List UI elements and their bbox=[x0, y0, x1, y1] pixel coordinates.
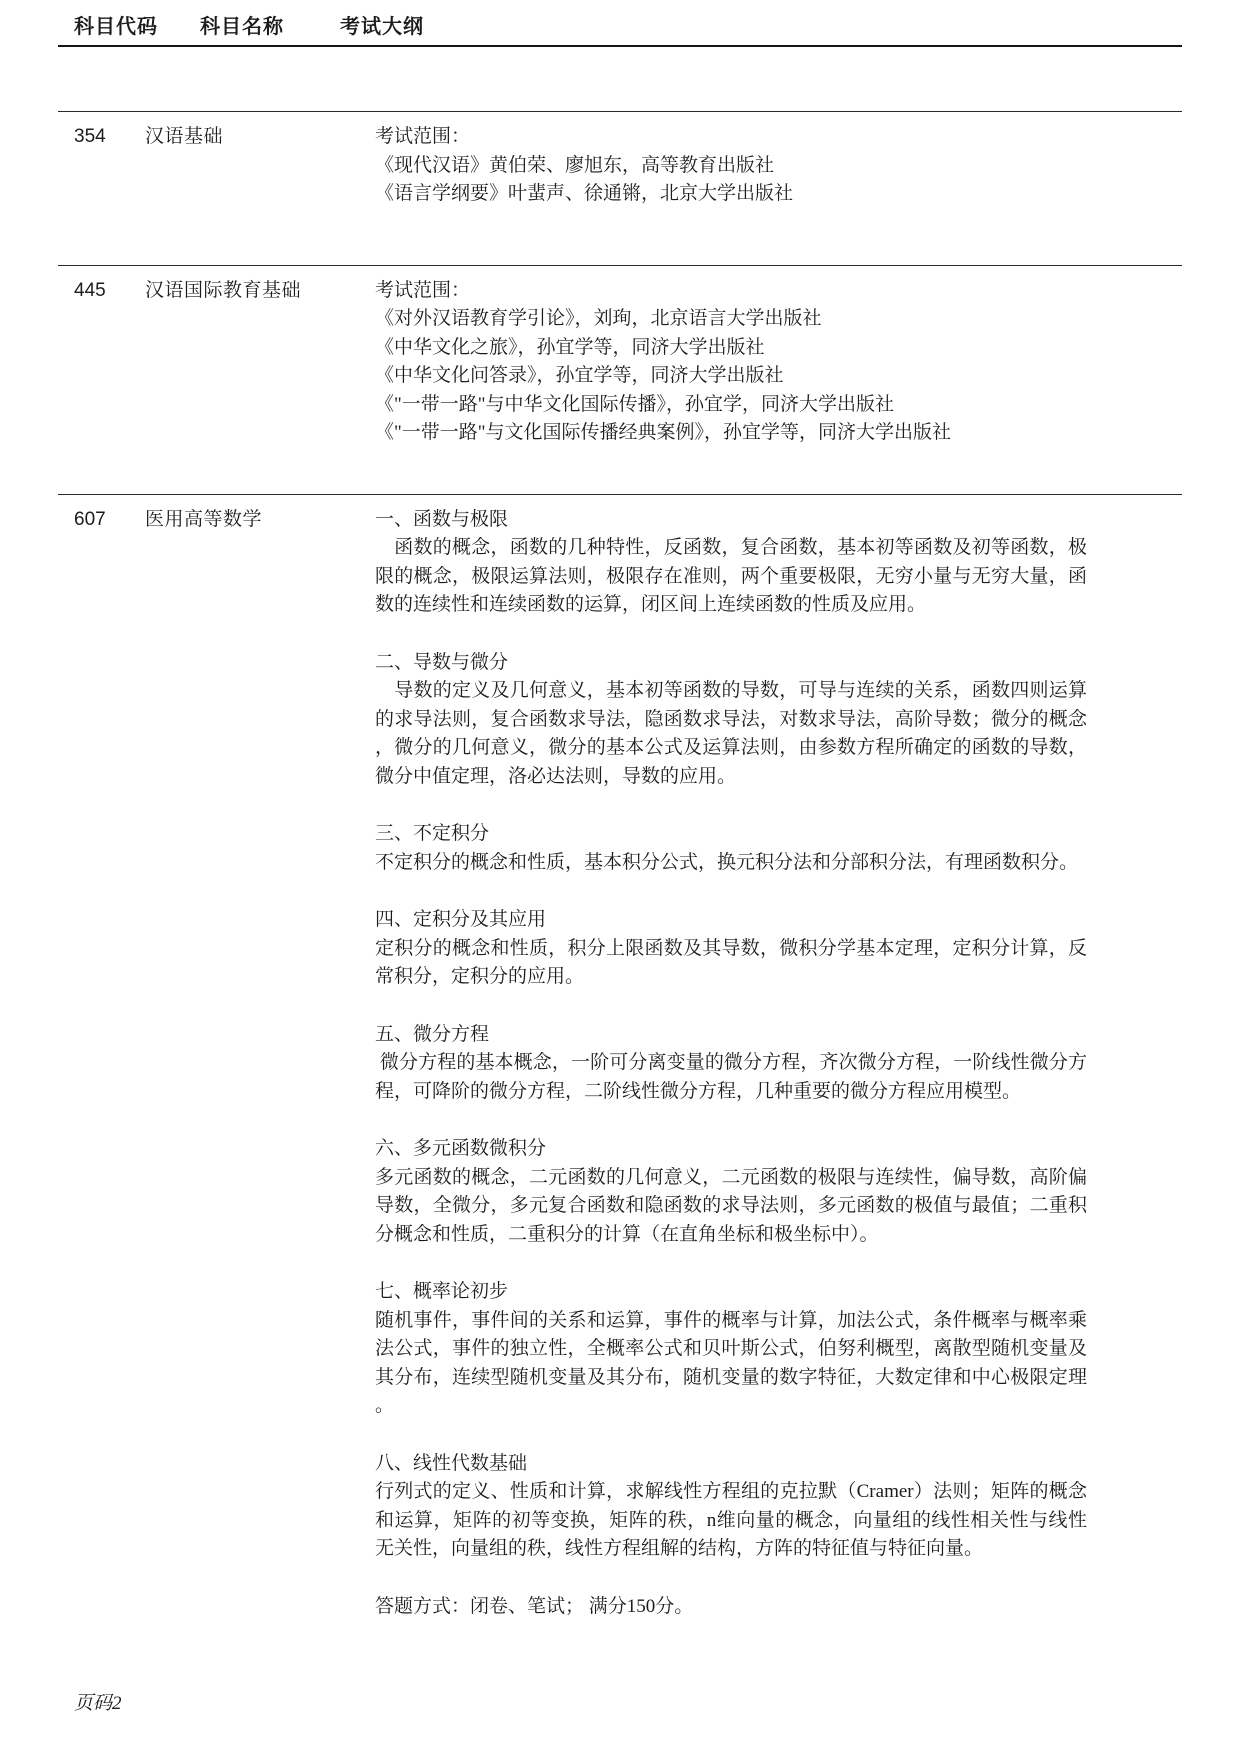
outline-section-7: 七、概率论初步 随机事件，事件间的关系和运算，事件的概率与计算，加法公式，条件概… bbox=[375, 1278, 1087, 1421]
subject-name: 汉语基础 bbox=[145, 123, 375, 209]
section-body: 多元函数的概念，二元函数的几何意义，二元函数的极限与连续性，偏导数，高阶偏导数，… bbox=[375, 1164, 1087, 1250]
section-title: 四、定积分及其应用 bbox=[375, 906, 1087, 935]
exam-scope-label: 考试范围： bbox=[375, 277, 1087, 306]
subject-code: 354 bbox=[58, 123, 145, 209]
subject-outline: 考试范围： 《现代汉语》黄伯荣、廖旭东，高等教育出版社 《语言学纲要》叶蜚声、徐… bbox=[375, 123, 1087, 209]
subject-row-354: 354 汉语基础 考试范围： 《现代汉语》黄伯荣、廖旭东，高等教育出版社 《语言… bbox=[58, 111, 1182, 265]
outline-section-8: 八、线性代数基础 行列式的定义、性质和计算，求解线性方程组的克拉默（Cramer… bbox=[375, 1450, 1087, 1564]
subject-name: 医用高等数学 bbox=[145, 506, 375, 1622]
subject-code: 445 bbox=[58, 277, 145, 448]
header-code-label: 科目代码 bbox=[74, 10, 200, 39]
reference-book-line: 《"一带一路"与文化国际传播经典案例》，孙宜学等，同济大学出版社 bbox=[375, 419, 1087, 448]
section-title: 三、不定积分 bbox=[375, 820, 1087, 849]
section-title: 一、函数与极限 bbox=[375, 506, 1087, 535]
page-number-label: 页码2 bbox=[74, 1688, 122, 1715]
header-gap bbox=[58, 47, 1182, 111]
section-title: 二、导数与微分 bbox=[375, 649, 1087, 678]
subject-name: 汉语国际教育基础 bbox=[145, 277, 375, 448]
subject-row-445: 445 汉语国际教育基础 考试范围： 《对外汉语教育学引论》，刘珣，北京语言大学… bbox=[58, 265, 1182, 494]
subject-outline: 一、函数与极限 函数的概念，函数的几种特性，反函数，复合函数，基本初等函数及初等… bbox=[375, 506, 1087, 1622]
header-outline-label: 考试大纲 bbox=[340, 10, 424, 39]
reference-book-line: 《对外汉语教育学引论》，刘珣，北京语言大学出版社 bbox=[375, 305, 1087, 334]
section-body: 导数的定义及几何意义，基本初等函数的导数，可导与连续的关系，函数四则运算的求导法… bbox=[375, 677, 1087, 791]
section-body: 微分方程的基本概念，一阶可分离变量的微分方程，齐次微分方程，一阶线性微分方程，可… bbox=[375, 1049, 1087, 1106]
reference-book-line: 《"一带一路"与中华文化国际传播》，孙宜学，同济大学出版社 bbox=[375, 391, 1087, 420]
exam-scope-label: 考试范围： bbox=[375, 123, 1087, 152]
subject-code: 607 bbox=[58, 506, 145, 1622]
section-title: 六、多元函数微积分 bbox=[375, 1135, 1087, 1164]
section-body: 随机事件，事件间的关系和运算，事件的概率与计算，加法公式，条件概率与概率乘法公式… bbox=[375, 1307, 1087, 1421]
answer-mode-note: 答题方式：闭卷、笔试； 满分150分。 bbox=[375, 1593, 1087, 1622]
outline-section-3: 三、不定积分 不定积分的概念和性质，基本积分公式，换元积分法和分部积分法，有理函… bbox=[375, 820, 1087, 877]
document-page: 科目代码 科目名称 考试大纲 354 汉语基础 考试范围： 《现代汉语》黄伯荣、… bbox=[0, 0, 1240, 1629]
header-name-label: 科目名称 bbox=[200, 10, 340, 39]
reference-book-line: 《中华文化问答录》，孙宜学等，同济大学出版社 bbox=[375, 362, 1087, 391]
section-body: 不定积分的概念和性质，基本积分公式，换元积分法和分部积分法，有理函数积分。 bbox=[375, 849, 1087, 878]
section-title: 七、概率论初步 bbox=[375, 1278, 1087, 1307]
outline-section-5: 五、微分方程 微分方程的基本概念，一阶可分离变量的微分方程，齐次微分方程，一阶线… bbox=[375, 1021, 1087, 1107]
outline-section-2: 二、导数与微分 导数的定义及几何意义，基本初等函数的导数，可导与连续的关系，函数… bbox=[375, 649, 1087, 792]
section-body: 行列式的定义、性质和计算，求解线性方程组的克拉默（Cramer）法则；矩阵的概念… bbox=[375, 1478, 1087, 1564]
outline-section-4: 四、定积分及其应用 定积分的概念和性质，积分上限函数及其导数，微积分学基本定理，… bbox=[375, 906, 1087, 992]
outline-section-1: 一、函数与极限 函数的概念，函数的几种特性，反函数，复合函数，基本初等函数及初等… bbox=[375, 506, 1087, 620]
subject-row-607: 607 医用高等数学 一、函数与极限 函数的概念，函数的几种特性，反函数，复合函… bbox=[58, 494, 1182, 1630]
section-title: 八、线性代数基础 bbox=[375, 1450, 1087, 1479]
outline-section-6: 六、多元函数微积分 多元函数的概念，二元函数的几何意义，二元函数的极限与连续性，… bbox=[375, 1135, 1087, 1249]
reference-book-line: 《语言学纲要》叶蜚声、徐通锵，北京大学出版社 bbox=[375, 180, 1087, 209]
reference-book-line: 《中华文化之旅》，孙宜学等，同济大学出版社 bbox=[375, 334, 1087, 363]
section-body: 定积分的概念和性质，积分上限函数及其导数，微积分学基本定理，定积分计算，反常积分… bbox=[375, 935, 1087, 992]
table-header: 科目代码 科目名称 考试大纲 bbox=[58, 0, 1182, 47]
reference-book-line: 《现代汉语》黄伯荣、廖旭东，高等教育出版社 bbox=[375, 152, 1087, 181]
section-body: 函数的概念，函数的几种特性，反函数，复合函数，基本初等函数及初等函数，极限的概念… bbox=[375, 534, 1087, 620]
section-title: 五、微分方程 bbox=[375, 1021, 1087, 1050]
subject-outline: 考试范围： 《对外汉语教育学引论》，刘珣，北京语言大学出版社 《中华文化之旅》，… bbox=[375, 277, 1087, 448]
